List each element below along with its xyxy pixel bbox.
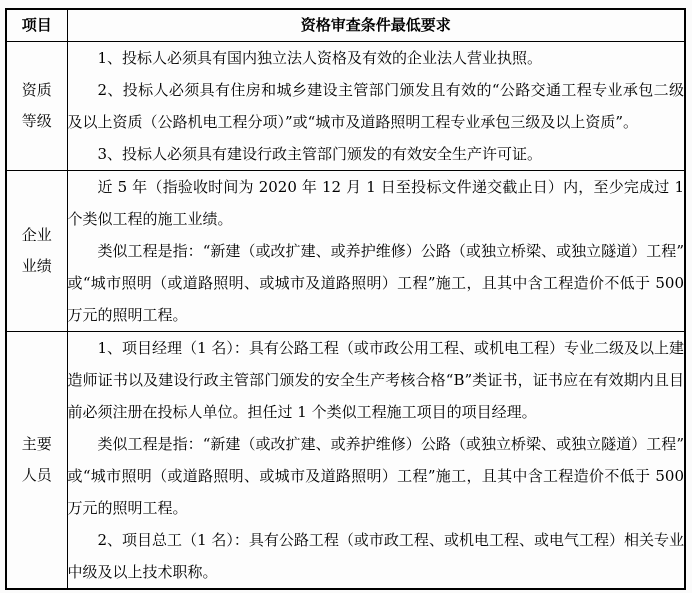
- qualification-requirements-table: 项目 资格审查条件最低要求 资质等级 1、投标人必须具有国内独立法人资格及有效的…: [5, 8, 686, 590]
- row-label-cell: 资质等级: [6, 42, 67, 171]
- requirement-paragraph: 1、投标人必须具有国内独立法人资格及有效的企业法人营业执照。: [68, 42, 685, 74]
- document-page: 项目 资格审查条件最低要求 资质等级 1、投标人必须具有国内独立法人资格及有效的…: [0, 0, 692, 593]
- column-header-item: 项目: [6, 9, 67, 42]
- row-content-cell: 1、项目经理（1 名）：具有公路工程（或市政公用工程、或机电工程）专业二级及以上…: [67, 332, 685, 590]
- table-header-row: 项目 资格审查条件最低要求: [6, 9, 685, 42]
- requirement-paragraph: 3、投标人必须具有建设行政主管部门颁发的有效安全生产许可证。: [68, 138, 685, 170]
- requirement-paragraph: 近 5 年（指验收时间为 2020 年 12 月 1 日至投标文件递交截止日）内…: [68, 171, 685, 235]
- row-label-key-personnel: 主要人员: [22, 429, 52, 491]
- row-label-cell: 主要人员: [6, 332, 67, 590]
- row-label-enterprise-performance: 企业业绩: [22, 220, 52, 282]
- row-content-cell: 近 5 年（指验收时间为 2020 年 12 月 1 日至投标文件递交截止日）内…: [67, 171, 685, 332]
- requirement-paragraph: 2、投标人必须具有住房和城乡建设主管部门颁发且有效的“公路交通工程专业承包二级及…: [68, 74, 685, 138]
- requirement-paragraph: 类似工程是指：“新建（或改扩建、或养护维修）公路（或独立桥梁、或独立隧道）工程”…: [68, 235, 685, 331]
- column-header-requirements: 资格审查条件最低要求: [67, 9, 685, 42]
- requirement-paragraph: 类似工程是指：“新建（或改扩建、或养护维修）公路（或独立桥梁、或独立隧道）工程”…: [68, 428, 685, 524]
- row-label-cell: 企业业绩: [6, 171, 67, 332]
- row-content-cell: 1、投标人必须具有国内独立法人资格及有效的企业法人营业执照。 2、投标人必须具有…: [67, 42, 685, 171]
- row-label-qualification-level: 资质等级: [22, 75, 52, 137]
- requirement-paragraph: 1、项目经理（1 名）：具有公路工程（或市政公用工程、或机电工程）专业二级及以上…: [68, 332, 685, 428]
- table-row-key-personnel: 主要人员 1、项目经理（1 名）：具有公路工程（或市政公用工程、或机电工程）专业…: [6, 332, 685, 590]
- requirement-paragraph: 2、项目总工（1 名）：具有公路工程（或市政工程、或机电工程、或电气工程）相关专…: [68, 524, 685, 588]
- table-row-enterprise-performance: 企业业绩 近 5 年（指验收时间为 2020 年 12 月 1 日至投标文件递交…: [6, 171, 685, 332]
- table-row-qualification-level: 资质等级 1、投标人必须具有国内独立法人资格及有效的企业法人营业执照。 2、投标…: [6, 42, 685, 171]
